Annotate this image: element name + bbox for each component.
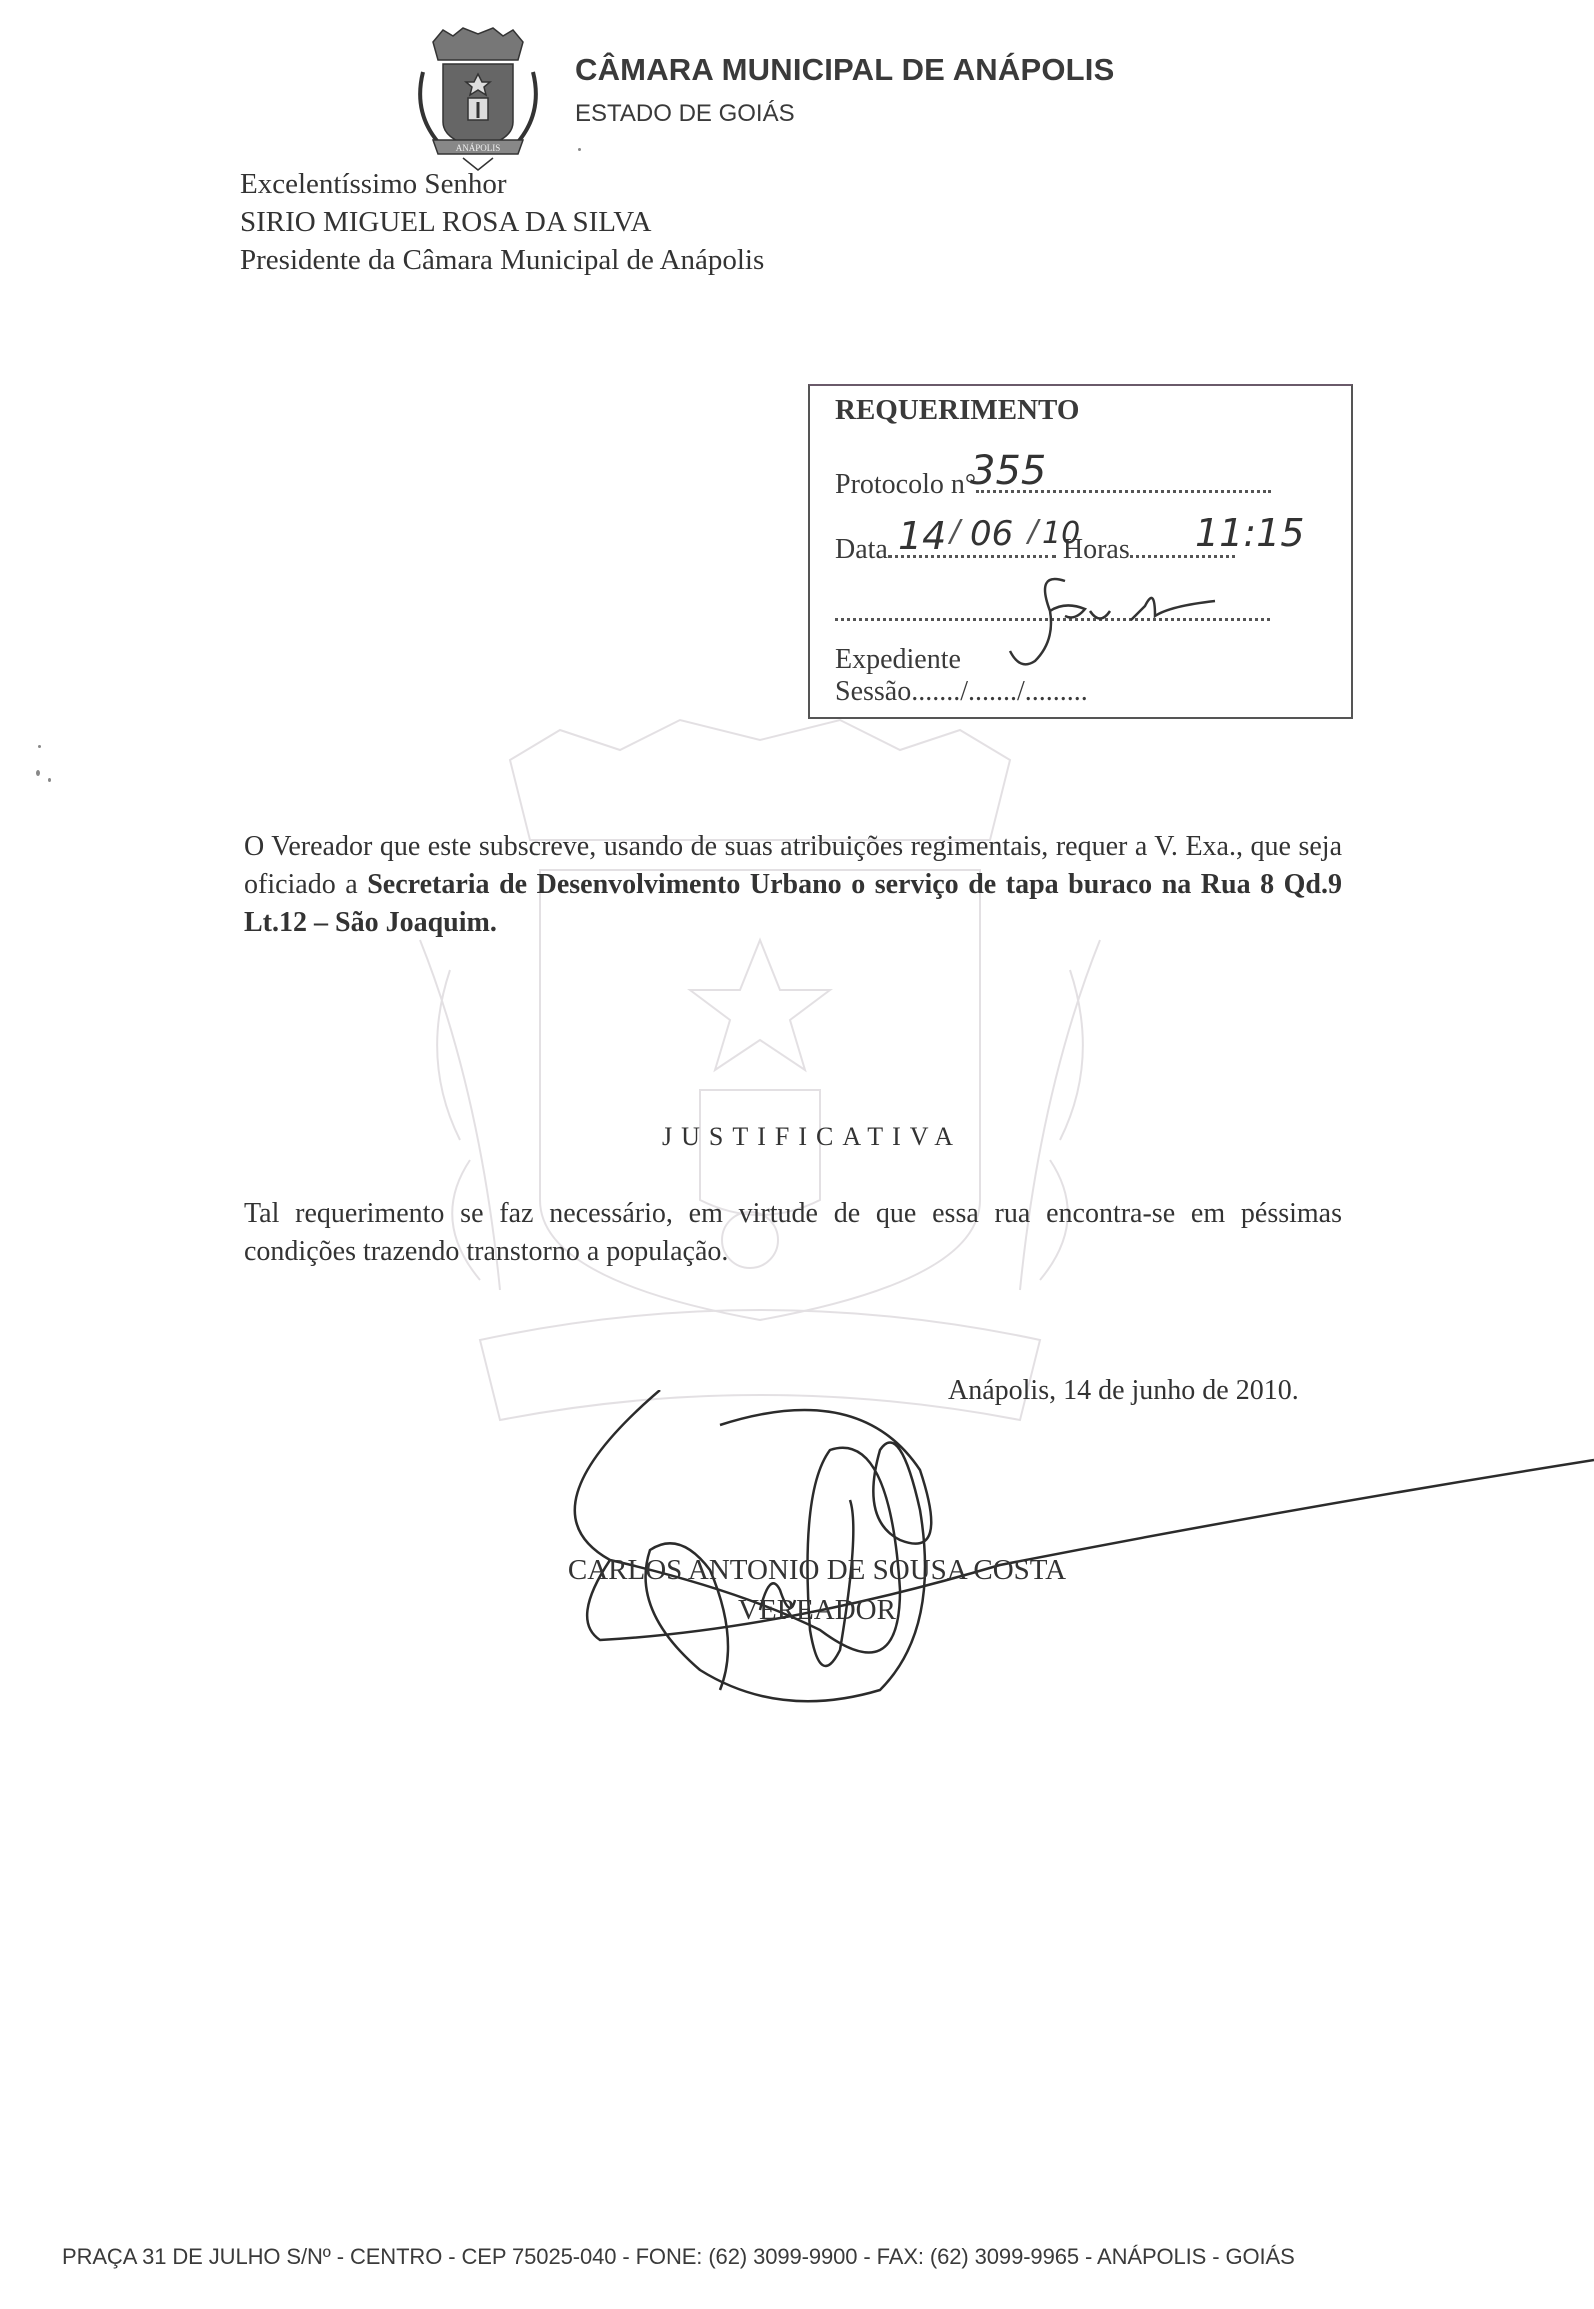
scan-speck xyxy=(48,778,51,782)
request-paragraph: O Vereador que este subscreve, usando de… xyxy=(244,828,1342,942)
justification-text: Tal requerimento se faz necessário, em v… xyxy=(244,1195,1342,1271)
session-placeholder: ......./......./......... xyxy=(911,676,1088,707)
scan-speck xyxy=(578,148,581,151)
scan-speck xyxy=(38,745,41,748)
date-year-value: 10 xyxy=(1042,516,1080,551)
svg-text:ANÁPOLIS: ANÁPOLIS xyxy=(456,143,501,153)
session-row: Sessão......./......./......... xyxy=(835,676,1088,708)
justification-heading: JUSTIFICATIVA xyxy=(0,1122,1594,1152)
addressee-title: Presidente da Câmara Municipal de Anápol… xyxy=(240,241,764,279)
watermark-crest-icon xyxy=(360,640,1160,1440)
protocol-stamp-box: REQUERIMENTO Protocolo n° 355 Data Horas… xyxy=(808,384,1353,719)
hours-value: 11:15 xyxy=(1195,511,1305,555)
protocol-number-label: Protocolo n° xyxy=(835,469,976,500)
session-label: Sessão xyxy=(835,676,911,707)
protocol-number-row: Protocolo n° xyxy=(835,468,1271,501)
request-subject: Secretaria de Desenvolvimento Urbano o s… xyxy=(244,869,1342,938)
protocol-number-value: 355 xyxy=(970,448,1046,494)
receiver-initials-icon xyxy=(1005,571,1245,681)
footer-address: PRAÇA 31 DE JULHO S/Nº - CENTRO - CEP 75… xyxy=(62,2244,1295,2270)
date-month-value: 06 xyxy=(970,514,1013,554)
expediente-label: Expediente xyxy=(835,644,961,676)
municipal-crest-icon: ANÁPOLIS xyxy=(408,22,548,172)
protocol-box-title: REQUERIMENTO xyxy=(835,394,1079,427)
addressee-name: SIRIO MIGUEL ROSA DA SILVA xyxy=(240,203,764,241)
organization-title: CÂMARA MUNICIPAL DE ANÁPOLIS xyxy=(575,52,1115,88)
addressee-salutation: Excelentíssimo Senhor xyxy=(240,165,764,203)
date-label: Data xyxy=(835,534,888,565)
addressee-block: Excelentíssimo Senhor SIRIO MIGUEL ROSA … xyxy=(240,165,764,279)
signature-icon xyxy=(480,1390,1594,1710)
signer-name: CARLOS ANTONIO DE SOUSA COSTA xyxy=(0,1554,1594,1587)
scan-speck xyxy=(36,770,40,776)
signer-role: VEREADOR xyxy=(0,1594,1594,1627)
date-day-value: 14 xyxy=(898,514,946,558)
organization-subtitle: ESTADO DE GOIÁS xyxy=(575,100,795,128)
